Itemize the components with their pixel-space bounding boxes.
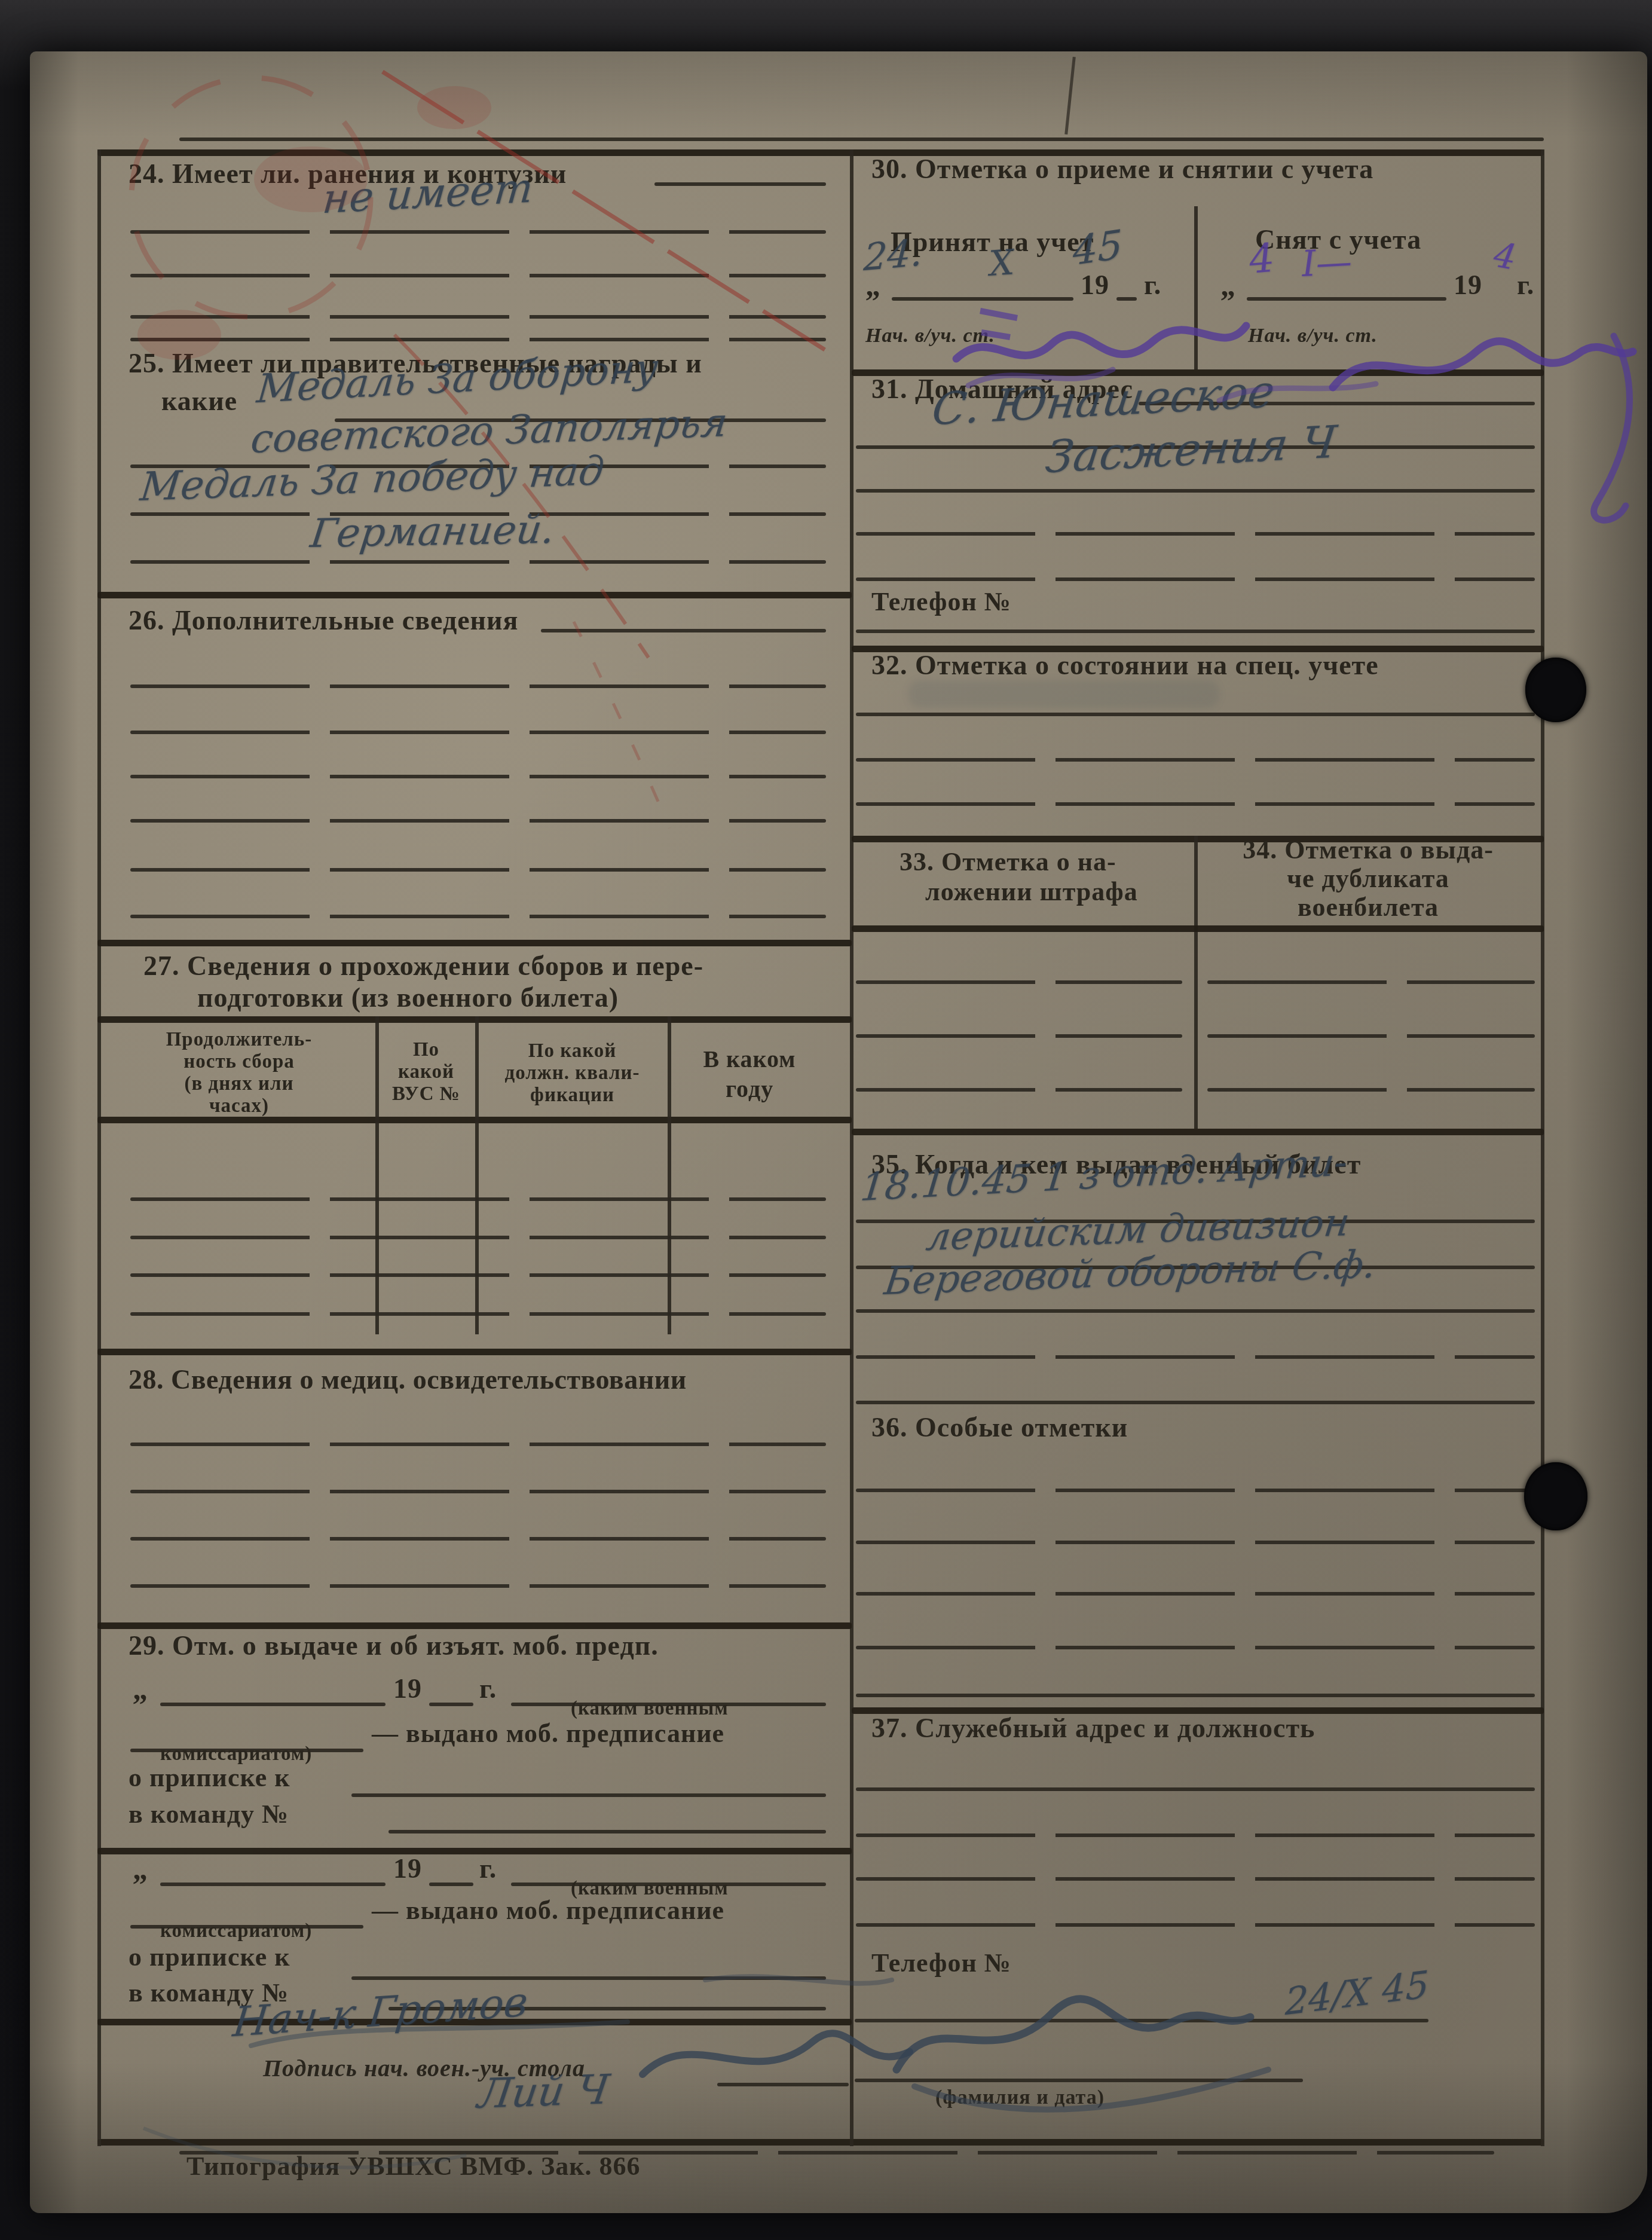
table-row-line [130, 1236, 826, 1239]
table-col3-header: фикации [478, 1086, 666, 1105]
table-header-underline [852, 925, 1544, 932]
quote-mark: „ [133, 1854, 148, 1884]
year-prefix: 19 [393, 1675, 422, 1703]
ruled-line [130, 315, 826, 319]
hint-komissariatom: комиссариатом) [160, 1921, 312, 1941]
date-blank-line [160, 1883, 386, 1886]
ruled-line [130, 1443, 826, 1446]
table-row-line [856, 1088, 1182, 1092]
section-25-label-2: какие [161, 387, 237, 415]
year-prefix: 19 [1454, 271, 1482, 299]
ruled-line [130, 274, 826, 277]
scanned-military-registration-card: 24. Имеет ли. ранения и контузии не имее… [0, 0, 1652, 2240]
table-col4-header: году [669, 1077, 830, 1101]
blank-line [351, 1793, 826, 1797]
quote-mark: „ [133, 1674, 148, 1704]
section-separator [97, 592, 852, 598]
blank-line [388, 1830, 826, 1833]
section-33-label-2: ложении штрафа [925, 879, 1138, 905]
table-row-line [1207, 980, 1535, 984]
table-column-divider [668, 1016, 671, 1334]
section-27-label-2: подготовки (из военного билета) [197, 984, 619, 1011]
column-divider [850, 149, 853, 2146]
ruled-line [855, 2079, 1303, 2082]
komanda-label: в команду № [129, 1801, 289, 1828]
ruled-line [130, 915, 826, 918]
table-row-line [130, 1197, 826, 1201]
ruled-line [856, 489, 1535, 493]
ruled-line [856, 1787, 1535, 1791]
ruled-line [856, 1592, 1535, 1596]
section-24-answer-handwriting: не имеет [321, 168, 534, 220]
ruled-line [856, 1694, 1535, 1697]
date-blank-line [429, 1883, 473, 1886]
year-suffix: г. [1144, 271, 1161, 299]
table-column-divider [475, 1016, 479, 1334]
issued-mob-label: — выдано моб. предписание [372, 1897, 724, 1924]
frame-bottom-line-thick [97, 2139, 1544, 2146]
section-separator [852, 1129, 1544, 1135]
frame-top-line-thin [179, 137, 1544, 141]
hint-kakim-voennym: (каким военным [571, 1699, 729, 1719]
year-suffix: г. [1517, 271, 1534, 299]
table-row-line [856, 1034, 1182, 1038]
frame-border-left [97, 149, 101, 2146]
section-33-label: 33. Отметка о на- [900, 849, 1116, 875]
table-col2-header: ВУС № [378, 1084, 474, 1104]
table-col3-header: По какой [478, 1041, 666, 1061]
section-separator [97, 1848, 852, 1854]
ruled-line [130, 560, 826, 564]
table-bottom-border [97, 1349, 852, 1355]
ruled-line [856, 1489, 1535, 1492]
date-blank-line [1116, 297, 1137, 301]
section-29-label: 29. Отм. о выдаче и об изъят. моб. предп… [129, 1632, 659, 1660]
table-col2-header: какой [378, 1062, 474, 1082]
ruled-line [130, 868, 826, 872]
table-col3-header: должн. квали- [478, 1064, 666, 1083]
year-prefix: 19 [393, 1855, 422, 1883]
table-row-line [856, 980, 1182, 984]
quote-mark: „ [1220, 270, 1236, 300]
ruled-line [856, 577, 1535, 581]
ruled-line [856, 629, 1535, 633]
ruled-line [856, 802, 1535, 806]
date-out-day-handwriting: 4 [1247, 238, 1276, 279]
table-col1-header: ность сбора [105, 1052, 374, 1072]
table-col4-header: В каком [669, 1047, 830, 1071]
ruled-line [130, 684, 826, 688]
section-37-label: 37. Служебный адрес и должность [871, 1715, 1315, 1742]
ruled-line [856, 1923, 1535, 1927]
date-in-month-handwriting: X [988, 245, 1015, 281]
blank-line [351, 1976, 826, 1980]
ruled-line [856, 1833, 1535, 1837]
table-col1-header: часах) [105, 1096, 374, 1116]
issued-mob-label: — выдано моб. предписание [372, 1721, 724, 1747]
pripiska-label: о приписке к [129, 1944, 290, 1970]
erased-writing-smudge [908, 680, 1219, 708]
section-34-label: 34. Отметка о выда- [1195, 837, 1541, 863]
blank-line [717, 2083, 849, 2086]
ruled-line [541, 629, 826, 632]
section-32-label: 32. Отметка о состоянии на спец. учете [871, 652, 1379, 679]
signature-name-handwriting-2: Лий Ч [475, 2070, 611, 2115]
hole-punch [1524, 1462, 1587, 1530]
date-out-month-handwriting: I— [1301, 244, 1353, 282]
year-suffix: г. [479, 1855, 497, 1883]
table-header-underline [97, 1117, 852, 1123]
hole-punch [1525, 658, 1586, 722]
section-separator [97, 1622, 852, 1629]
chief-register-desk-label: Нач. в/уч. ст. [865, 326, 995, 346]
date-in-year-handwriting: 45 [1073, 225, 1122, 271]
table-row-line [1207, 1088, 1535, 1092]
phone-label: Телефон № [871, 589, 1011, 615]
ruled-line [856, 1646, 1535, 1649]
ruled-line [856, 1355, 1535, 1359]
ruled-line [130, 1537, 826, 1541]
section-28-label: 28. Сведения о медиц. освидетельствовани… [129, 1366, 687, 1393]
ruled-line [856, 1309, 1535, 1313]
section-30-label: 30. Отметка о приеме и снятии с учета [871, 155, 1373, 183]
table-row-line [1207, 1034, 1535, 1038]
ruled-line [130, 230, 826, 234]
quote-mark: „ [865, 270, 881, 300]
ruled-line [130, 1490, 826, 1493]
hint-komissariatom: комиссариатом) [160, 1744, 312, 1764]
typography-imprint: Типография УВШХС ВМФ. Зак. 866 [186, 2153, 641, 2180]
section-36-label: 36. Особые отметки [871, 1414, 1128, 1441]
table-row-line [130, 1273, 826, 1277]
ruled-line [856, 532, 1535, 536]
ruled-line [130, 1584, 826, 1588]
frame-border-right [1541, 149, 1544, 2146]
date-blank-line [429, 1703, 473, 1706]
date-blank-line [160, 1703, 386, 1706]
year-prefix: 19 [1081, 271, 1109, 299]
table-top-border [97, 1016, 852, 1023]
ruled-line [130, 338, 826, 341]
table-col1-header: Продолжитель- [105, 1030, 374, 1050]
date-blank-line [892, 297, 1073, 301]
section-34-label-3: военбилета [1195, 894, 1541, 921]
ruled-line [130, 775, 826, 778]
ruled-line [856, 758, 1535, 762]
section-25-award-handwriting-4: Германией. [308, 510, 557, 554]
ruled-line [856, 713, 1535, 716]
table-row-line [130, 1312, 826, 1316]
table-column-divider [375, 1016, 379, 1334]
phone-label: Телефон № [871, 1950, 1011, 1976]
surname-date-hint: (фамилия и дата) [935, 2088, 1105, 2108]
ruled-line [654, 182, 826, 186]
section-34-label-2: че дубликата [1195, 866, 1541, 892]
year-suffix: г. [479, 1675, 497, 1703]
ruled-line [130, 731, 826, 734]
section-30-divider [1194, 206, 1198, 369]
section-33-34-divider [1194, 836, 1198, 1129]
ruled-line [856, 1401, 1535, 1404]
date-blank-line [1247, 297, 1446, 301]
section-27-label: 27. Сведения о прохождении сборов и пере… [143, 952, 703, 980]
ruled-line [130, 819, 826, 823]
ruled-line [856, 1877, 1535, 1881]
pripiska-label: о приписке к [129, 1765, 290, 1791]
ruled-line [856, 1541, 1535, 1544]
chief-register-desk-label: Нач. в/уч. ст. [1248, 326, 1378, 346]
section-26-label: 26. Дополнительные сведения [129, 607, 519, 634]
table-col2-header: По [378, 1040, 474, 1060]
ruled-line [855, 2019, 1428, 2022]
table-col1-header: (в днях или [105, 1074, 374, 1094]
section-separator [97, 940, 852, 946]
